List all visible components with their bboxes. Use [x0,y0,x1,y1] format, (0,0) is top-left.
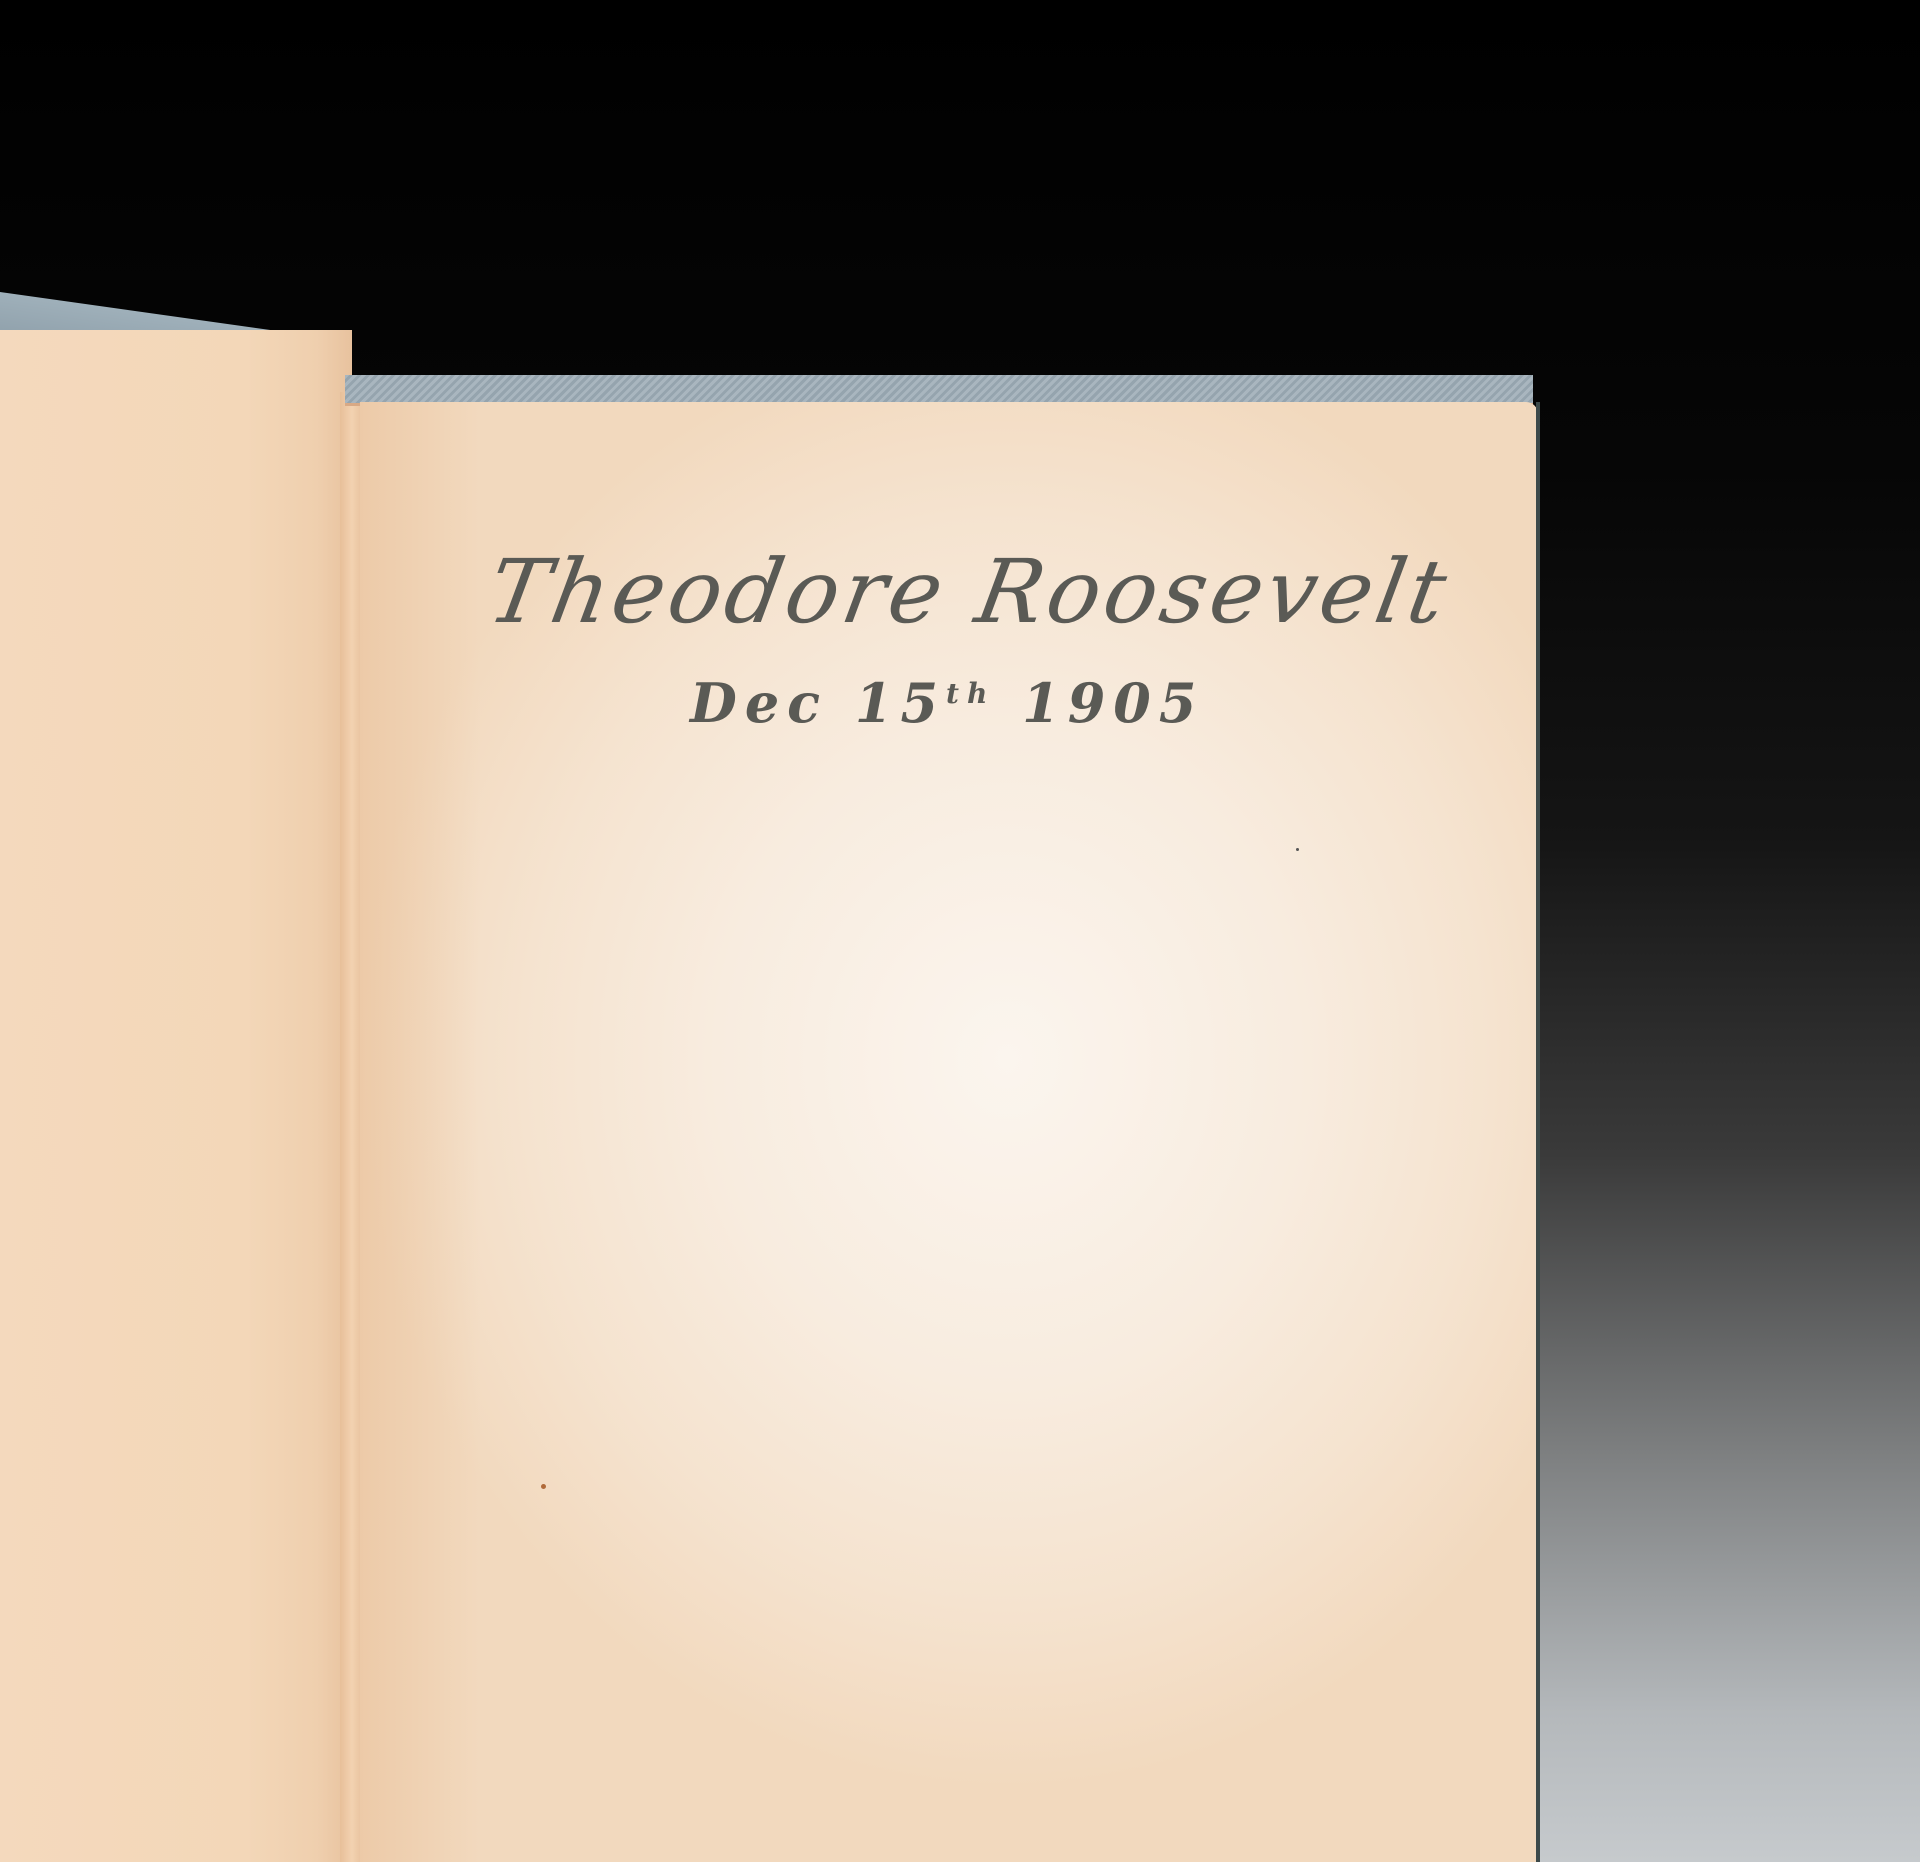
inscription: Theodore Roosevelt Dec 15th 1905 [490,540,1470,735]
book-photo: Theodore Roosevelt Dec 15th 1905 [0,0,1920,1862]
date-day: Dec 15 [690,671,946,735]
foxing-spot [541,1484,546,1489]
left-endpaper [0,330,352,1862]
signature: Theodore Roosevelt [481,540,1479,643]
inscription-date: Dec 15th 1905 [690,671,1470,735]
ink-dot [1296,848,1299,851]
board-edge [1536,402,1540,1862]
date-year: 1905 [1022,671,1204,735]
date-suffix: th [946,677,995,710]
